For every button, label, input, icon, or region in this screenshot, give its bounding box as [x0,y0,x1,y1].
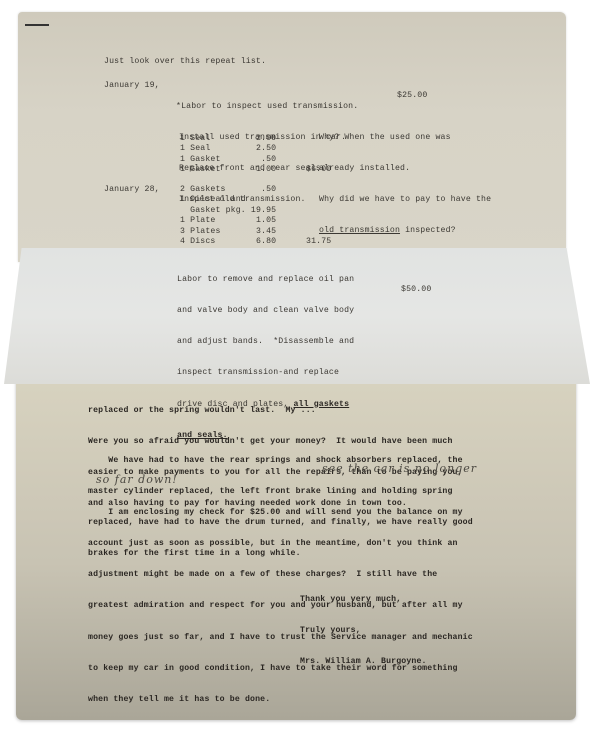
part-row: 1 Gasket 1.00 [180,165,276,175]
margin-comment: Why? When the used one was already insta… [319,112,491,247]
labor-amount: $50.00 [401,285,431,295]
part-row: 2 Gaskets .50 [180,185,276,195]
handwritten-note: see the car is no longer [322,464,477,474]
part-row: 1 Seal 2.00 [180,134,276,144]
pencil-mark [25,24,49,26]
part-row: 4 Discs 6.80 [180,237,276,247]
parts-list: 2 Gaskets .501 Oilseal and Gasket pkg. 1… [180,185,276,247]
entry-date: January 19, [104,81,160,91]
part-row: 1 Plate 1.05 [180,216,276,226]
part-row: Gasket pkg. 19.95 [180,206,276,216]
parts-total: 31.75 [306,237,331,247]
part-row: 1 Gasket .50 [180,155,276,165]
labor-description: Labor to remove and replace oil pan and … [177,254,354,452]
entry-date: January 28, [104,185,160,195]
closing-signature: Thank you very much, Truly yours, Mrs. W… [300,574,427,678]
intro-line: Just look over this repeat list. [104,57,266,67]
part-row: 3 Plates 3.45 [180,227,276,237]
handwritten-note: so far down! [96,475,178,485]
parts-total: $6.00 [306,165,331,175]
part-row: 1 Seal 2.50 [180,144,276,154]
labor-amount: $25.00 [397,91,427,101]
parts-list: 1 Seal 2.001 Seal 2.501 Gasket .501 Gask… [180,134,276,176]
part-row: 1 Oilseal and [180,195,276,205]
